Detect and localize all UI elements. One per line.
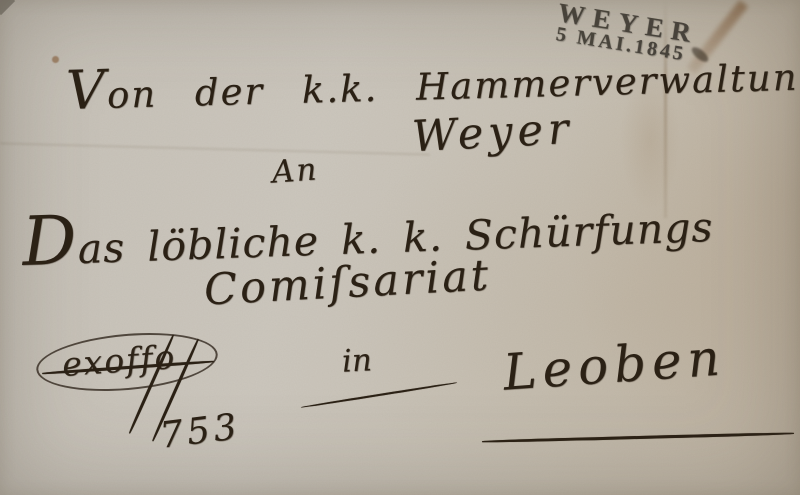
in-underline <box>301 382 457 409</box>
address-place: Leoben <box>502 332 728 397</box>
registry-number: 753 <box>158 409 243 455</box>
sender-place: Weyer <box>411 108 574 159</box>
place-underline <box>482 432 794 443</box>
letter-cover: WEYER 5 MAI.1845 Von der k.k. Hammerverw… <box>0 0 800 495</box>
address-salutation: An <box>271 154 319 188</box>
corner-shadow <box>0 0 15 15</box>
crease-line <box>0 142 430 155</box>
address-preposition: in <box>341 345 372 378</box>
dot-stain <box>52 56 59 63</box>
sender-line: Von der k.k. Hammerverwaltung <box>65 44 800 117</box>
address-office-line2: Comiſsariat <box>203 255 492 313</box>
